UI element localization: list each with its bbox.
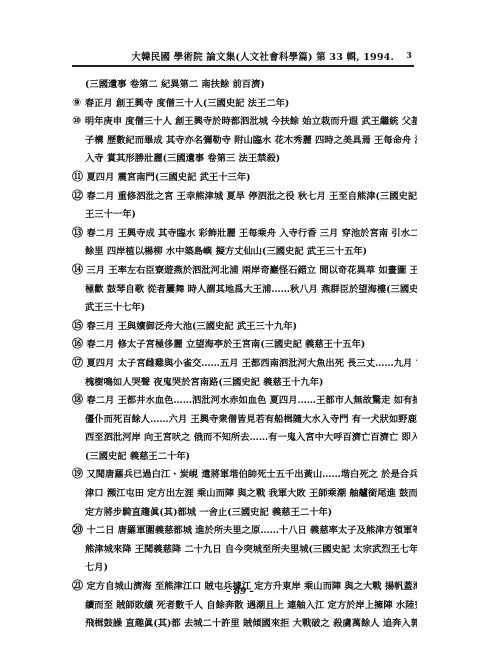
entry-continuation-line: 西至泗沘河岸 向王宮吠之 俄而不知所去……有一鬼入宮中大呼百濟亡百濟亡 即入地	[72, 429, 417, 448]
entry-continuation-line: 餘里 四岸植以楊柳 水中築島嶼 擬方丈仙山(三國史記 武王三十五年)	[72, 243, 417, 262]
entry-first-line: ⑨春正月 創王興寺 度僧三十人(三國史記 法王二年)	[72, 95, 417, 114]
entry-continuation-line: 槐樹鳴如人哭聲 夜鬼哭於宮南路(三國史記 義慈王十九年)	[72, 374, 417, 393]
circled-number-marker: ⑭	[72, 264, 83, 275]
entry-continuation-line: 津口 瀕江屯田 定方出左涯 乘山而陣 與之戰 我軍大敗 王師乘潮 舳艫銜尾進 鼓…	[72, 485, 417, 504]
entry-text: (三國史記 義慈王二十年)	[85, 451, 190, 462]
entry-first-line: ⑰夏四月 太子宮雌雞與小雀交……五月 王都西南泗沘河大魚出死 長三丈……九月 宮…	[72, 355, 417, 374]
entry-text: 明年庚申 度僧三十人 創王興寺於時都泗沘城 今扶餘 始立栽而升遐 武王繼統 父基	[85, 116, 417, 127]
circled-number-marker: ⑯	[72, 338, 83, 349]
entry-continuation-line: 飛楫鼓譟 直趣眞(其)都 去城二十許里 賊傾國來拒 大戰破之 殺虜萬餘人 追奔入…	[72, 615, 417, 634]
entry-text: 三月 王率左右臣寮遊燕於泗沘河北浦 兩岸奇巖怪石錯立 間以奇花異草 如畫圖 王飲…	[87, 265, 418, 276]
entry-first-line: ⑬春二月 王興寺成 其寺臨水 彩飾壯麗 王每乘舟 入寺行香 三月 穿池於宮南 引…	[72, 225, 417, 244]
entry-text: 武王三十七年)	[85, 302, 145, 313]
entry-text: 王三十一年)	[85, 209, 136, 220]
header-rule	[72, 65, 414, 67]
entry-text: 入寺 賞其形勝壯麗(三國遺事 卷第三 法王禁殺)	[85, 153, 280, 164]
entry-continuation-line: 七月)	[72, 559, 417, 578]
entry-continuation-line: 極歡 鼓琴自歌 從者屢舞 時人謂其地爲大王浦……秋八月 燕群臣於望海樓(三國史記	[72, 281, 417, 300]
entry-first-line: ⑱春二月 王都井水血色……泗沘河水赤如血色 夏四月……王都市人無故驚走 如有捕捉…	[72, 392, 417, 411]
circled-number-marker: ⑲	[72, 468, 83, 479]
entry-first-line: ⑲又聞唐羅兵已過白江・炭峴 遣將軍堦伯帥死士五千出黃山……堦白死之 於是合兵禦熊	[72, 466, 417, 485]
entry-continuation-line: 僵仆而死百餘人……六月 王興寺衆僧皆見若有船楫隨大水入寺門 有一犬狀如野鹿 自	[72, 411, 417, 430]
circled-number-marker: ⑨	[72, 97, 81, 108]
entry-first-line: ⑭三月 王率左右臣寮遊燕於泗沘河北浦 兩岸奇巖怪石錯立 間以奇花異草 如畫圖 王…	[72, 262, 417, 281]
circled-number-marker: ⑪	[72, 171, 83, 182]
entry-text: 春二月 王都井水血色……泗沘河水赤如血色 夏四月……王都市人無故驚走 如有捕捉者	[87, 395, 418, 406]
entry-continuation-line: 武王三十七年)	[72, 299, 417, 318]
entry-text: 續而至 賊師敗績 死者數千人 自餘奔散 遇潮且上 連舳入江 定方於岸上擁陣 水陸…	[85, 600, 417, 611]
circled-number-marker: ⑰	[72, 357, 83, 368]
circled-number-marker: ⑩	[72, 115, 81, 126]
entry-text: 夏四月 震宮南門(三國史記 武王十三年)	[87, 172, 251, 183]
entry-continuation-line: 王三十一年)	[72, 206, 417, 225]
source-note: (三國遺事 卷第二 紀異第二 南扶餘 前百濟)	[72, 76, 417, 95]
entry-text: 僵仆而死百餘人……六月 王興寺衆僧皆見若有船楫隨大水入寺門 有一犬狀如野鹿 自	[85, 414, 417, 425]
entry-continuation-line: 入寺 賞其形勝壯麗(三國遺事 卷第三 法王禁殺)	[72, 150, 417, 169]
circled-number-marker: ⑫	[72, 190, 83, 201]
document-body: (三國遺事 卷第二 紀異第二 南扶餘 前百濟) ⑨春正月 創王興寺 度僧三十人(…	[72, 76, 417, 634]
entry-continuation-line: 定方將步騎直趨眞(其)都城 一舍止(三國史記 義慈王二十年)	[72, 504, 417, 523]
page-number: – 89 –	[0, 587, 480, 597]
entry-continuation-line: 子構 歷數紀而畢成 其寺亦名彌勒寺 附山臨水 花木秀麗 四時之美具焉 王每命舟 …	[72, 132, 417, 151]
entry-text: 飛楫鼓譟 直趣眞(其)都 去城二十許里 賊傾國來拒 大戰破之 殺虜萬餘人 追奔入…	[85, 618, 417, 629]
entry-first-line: ⑳十二日 唐羅軍圍義慈都城 進於所夫里之原……十八日 義慈率太子及熊津方領軍等 …	[72, 522, 417, 541]
running-header: 大韓民國 學術院 論文集(人文社會科學篇) 第 33 輯, 1994. 3	[72, 49, 412, 63]
entry-text: 定方將步騎直趨眞(其)都城 一舍止(三國史記 義慈王二十年)	[85, 507, 332, 518]
document-page: 大韓民國 學術院 論文集(人文社會科學篇) 第 33 輯, 1994. 3 (三…	[0, 0, 480, 651]
entry-first-line: ⑮春三月 王與嬪御泛舟大池(三國史記 武王三十九年)	[72, 318, 417, 337]
circled-number-marker: ⑳	[72, 524, 83, 535]
entry-first-line: ⑯春二月 修太子宮極侈麗 立望海亭於王宮南(三國史記 義慈王十五年)	[72, 336, 417, 355]
entry-first-line: ⑩明年庚申 度僧三十人 創王興寺於時都泗沘城 今扶餘 始立栽而升遐 武王繼統 父…	[72, 113, 417, 132]
entry-text: 春三月 王與嬪御泛舟大池(三國史記 武王三十九年)	[87, 321, 298, 332]
entry-text: 極歡 鼓琴自歌 從者屢舞 時人謂其地爲大王浦……秋八月 燕群臣於望海樓(三國史記	[85, 284, 417, 295]
entry-text: 熊津城來降 王聞義慈降 二十九日 自今突城至所夫里城(三國史記 太宗武烈王七年 …	[85, 544, 417, 555]
header-page-marker: 3	[406, 50, 412, 60]
entry-text: 西至泗沘河岸 向王宮吠之 俄而不知所去……有一鬼入宮中大呼百濟亡百濟亡 即入地	[85, 432, 417, 443]
circled-number-marker: ⑮	[72, 320, 83, 331]
entry-text: 子構 歷數紀而畢成 其寺亦名彌勒寺 附山臨水 花木秀麗 四時之美具焉 王每命舟 …	[85, 135, 417, 146]
entry-text: 春二月 修太子宮極侈麗 立望海亭於王宮南(三國史記 義慈王十五年)	[87, 339, 366, 350]
entry-text: 槐樹鳴如人哭聲 夜鬼哭於宮南路(三國史記 義慈王十九年)	[85, 377, 323, 388]
entry-continuation-line: 續而至 賊師敗績 死者數千人 自餘奔散 遇潮且上 連舳入江 定方於岸上擁陣 水陸…	[72, 597, 417, 616]
entry-text: 七月)	[85, 562, 108, 573]
entry-continuation-line: (三國史記 義慈王二十年)	[72, 448, 417, 467]
circled-number-marker: ⑱	[72, 394, 83, 405]
entry-text: 春正月 創王興寺 度僧三十人(三國史記 法王二年)	[85, 98, 289, 109]
entry-first-line: ⑫春二月 重修泗沘之宮 王幸熊津城 夏旱 停泗沘之役 秋七月 王至自熊津(三國史…	[72, 188, 417, 207]
running-title: 大韓民國 學術院 論文集(人文社會科學篇) 第 33 輯, 1994.	[131, 49, 394, 63]
entry-text: 春二月 王興寺成 其寺臨水 彩飾壯麗 王每乘舟 入寺行香 三月 穿池於宮南 引水…	[87, 228, 418, 239]
entry-text: 津口 瀕江屯田 定方出左涯 乘山而陣 與之戰 我軍大敗 王師乘潮 舳艫銜尾進 鼓…	[85, 488, 417, 499]
entry-text: 又聞唐羅兵已過白江・炭峴 遣將軍堦伯帥死士五千出黃山……堦白死之 於是合兵禦熊	[87, 469, 418, 480]
entry-text: 十二日 唐羅軍圍義慈都城 進於所夫里之原……十八日 義慈率太子及熊津方領軍等 自	[87, 525, 418, 536]
entry-text: 餘里 四岸植以楊柳 水中築島嶼 擬方丈仙山(三國史記 武王三十五年)	[85, 246, 367, 257]
entry-first-line: ⑪夏四月 震宮南門(三國史記 武王十三年)	[72, 169, 417, 188]
circled-number-marker: ⑬	[72, 227, 83, 238]
entry-text: 夏四月 太子宮雌雞與小雀交……五月 王都西南泗沘河大魚出死 長三丈……九月 宮中	[87, 358, 418, 369]
entry-text: 春二月 重修泗沘之宮 王幸熊津城 夏旱 停泗沘之役 秋七月 王至自熊津(三國史記…	[87, 191, 418, 202]
entry-continuation-line: 熊津城來降 王聞義慈降 二十九日 自今突城至所夫里城(三國史記 太宗武烈王七年 …	[72, 541, 417, 560]
